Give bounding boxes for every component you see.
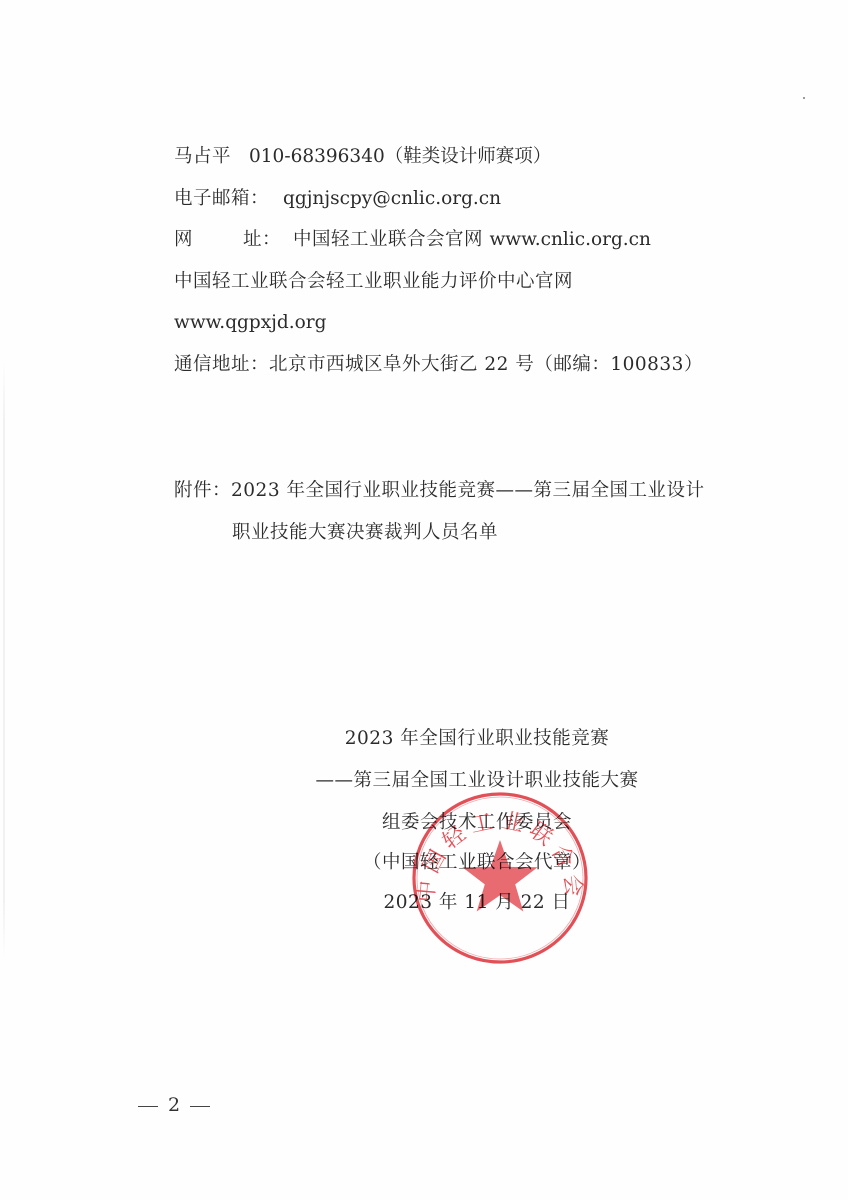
attachment-title-part1: 2023 年全国行业职业技能竞赛——第三届全国工业设计 <box>231 480 704 501</box>
contact-name: 马占平 <box>174 146 231 167</box>
scan-edge-artifact <box>3 360 5 960</box>
signature-competition-name: 2023 年全国行业职业技能竞赛 <box>53 728 848 750</box>
page-number: 2 <box>128 1094 220 1116</box>
second-site-org-line: 中国轻工业联合会轻工业职业能力评价中心官网 <box>174 271 573 293</box>
contact-website-line: 网址：中国轻工业联合会官网 www.cnlic.org.cn <box>174 229 651 251</box>
page-number-dash-right <box>190 1106 210 1107</box>
website-org-name: 中国轻工业联合会官网 <box>293 229 483 250</box>
scan-speck-artifact <box>803 97 805 99</box>
attachment-line-2: 职业技能大赛决赛裁判人员名单 <box>232 522 498 544</box>
signature-committee: 组委会技术工作委员会 <box>53 812 848 834</box>
contact-phone: 010-68396340（鞋类设计师赛项） <box>249 146 551 167</box>
address-line: 通信地址：北京市西城区阜外大街乙 22 号（邮编：100833） <box>174 354 703 376</box>
second-site-url[interactable]: www.qgpxjd.org <box>174 312 326 333</box>
contact-name-line: 马占平010-68396340（鞋类设计师赛项） <box>174 146 551 168</box>
address-value: 北京市西城区阜外大街乙 22 号（邮编：100833） <box>269 354 703 375</box>
signature-proxy-seal-note: （中国轻工业联合会代章） <box>53 852 848 874</box>
contact-email-line: 电子邮箱：qgjnjscpy@cnlic.org.cn <box>174 188 501 210</box>
website-label-part1: 网 <box>174 229 193 250</box>
attachment-label: 附件： <box>174 480 231 501</box>
signature-date: 2023 年 11 月 22 日 <box>53 892 848 914</box>
signature-contest-name: ——第三届全国工业设计职业技能大赛 <box>53 770 848 792</box>
website-label-part2: 址： <box>243 229 281 250</box>
page-number-dash-left <box>138 1106 158 1107</box>
page-number-value: 2 <box>168 1094 180 1116</box>
attachment-line-1: 附件：2023 年全国行业职业技能竞赛——第三届全国工业设计 <box>174 480 704 502</box>
website-url[interactable]: www.cnlic.org.cn <box>489 229 651 250</box>
document-page: 马占平010-68396340（鞋类设计师赛项） 电子邮箱：qgjnjscpy@… <box>0 0 848 1200</box>
email-label: 电子邮箱： <box>174 188 269 209</box>
email-address[interactable]: qgjnjscpy@cnlic.org.cn <box>283 188 501 209</box>
address-label: 通信地址： <box>174 354 269 375</box>
second-site-org-name: 中国轻工业联合会轻工业职业能力评价中心官网 <box>174 271 573 292</box>
attachment-title-part2: 职业技能大赛决赛裁判人员名单 <box>232 522 498 543</box>
second-site-url-line: www.qgpxjd.org <box>174 312 326 334</box>
